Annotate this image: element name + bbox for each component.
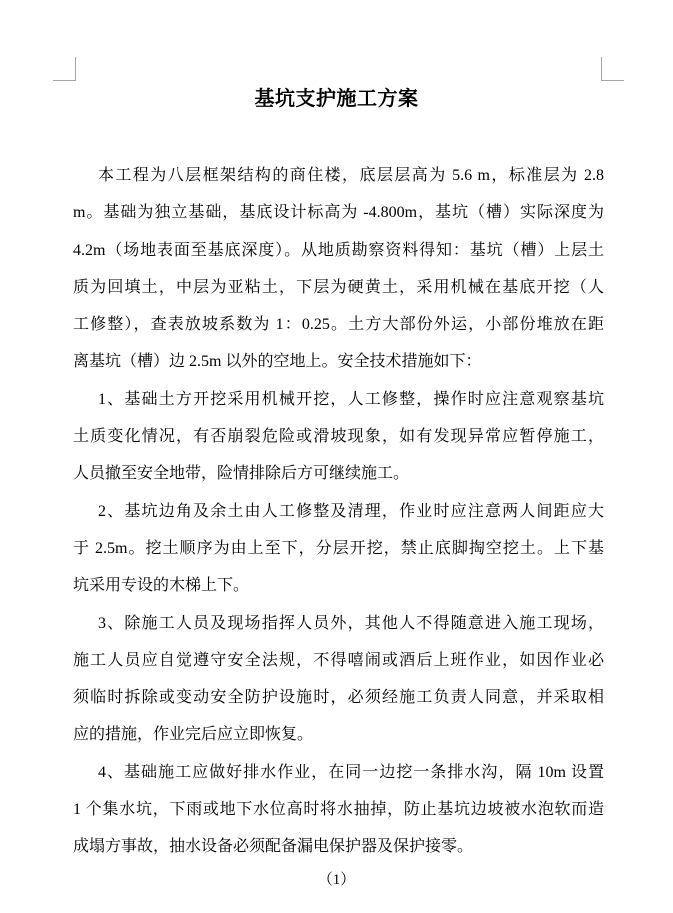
text-line: 工修整），查表放坡系数为 1：0.25。土方大部份外运，小部份堆放在距 (73, 306, 604, 343)
page-number: （1） (0, 866, 673, 894)
paragraph: 1、基础土方开挖采用机械开挖，人工修整，操作时应注意观察基坑土质变化情况，有否崩… (73, 381, 604, 493)
paragraph: 4、基础施工应做好排水作业，在同一边挖一条排水沟，隔 10m 设置1 个集水坑，… (73, 754, 604, 866)
paragraph: 本工程为八层框架结构的商住楼，底层层高为 5.6 m，标准层为 2.8m。基础为… (73, 157, 604, 381)
paragraph: 2、基坑边角及余土由人工修整及清理，作业时应注意两人间距应大于 2.5m。挖土顺… (73, 493, 604, 605)
text-line: m。基础为独立基础，基底设计标高为 -4.800m，基坑（槽）实际深度为 (73, 194, 604, 231)
text-line: 土质变化情况，有否崩裂危险或滑坡现象，如有发现异常应暂停施工， (73, 418, 604, 455)
text-line: 施工人员应自觉遵守安全法规，不得嘻闹或酒后上班作业，如因作业必 (73, 642, 604, 679)
document-page: 基坑支护施工方案 本工程为八层框架结构的商住楼，底层层高为 5.6 m，标准层为… (0, 0, 673, 913)
margin-crop-mark-top-right (601, 57, 624, 81)
text-line: 4、基础施工应做好排水作业，在同一边挖一条排水沟，隔 10m 设置 (73, 754, 604, 791)
text-line: 本工程为八层框架结构的商住楼，底层层高为 5.6 m，标准层为 2.8 (73, 157, 604, 194)
paragraph: 3、除施工人员及现场指挥人员外，其他人不得随意进入施工现场，施工人员应自觉遵守安… (73, 605, 604, 754)
text-line: 3、除施工人员及现场指挥人员外，其他人不得随意进入施工现场， (73, 605, 604, 642)
text-line: 4.2m（场地表面至基底深度）。从地质勘察资料得知：基坑（槽）上层土 (73, 232, 604, 269)
text-line: 1 个集水坑，下雨或地下水位高时将水抽掉，防止基坑边坡被水泡软而造 (73, 791, 604, 828)
text-line: 质为回填土，中层为亚粘土，下层为硬黄土，采用机械在基底开挖（人 (73, 269, 604, 306)
margin-crop-mark-top-left (53, 57, 76, 81)
text-line: 离基坑（槽）边 2.5m 以外的空地上。安全技术措施如下： (73, 343, 604, 380)
text-line: 2、基坑边角及余土由人工修整及清理，作业时应注意两人间距应大 (73, 493, 604, 530)
text-line: 人员撤至安全地带，险情排除后方可继续施工。 (73, 455, 604, 492)
text-line: 应的措施，作业完后应立即恢复。 (73, 716, 604, 753)
document-body: 本工程为八层框架结构的商住楼，底层层高为 5.6 m，标准层为 2.8m。基础为… (73, 157, 604, 866)
text-line: 须临时拆除或变动安全防护设施时，必须经施工负责人同意，并采取相 (73, 679, 604, 716)
document-title: 基坑支护施工方案 (0, 82, 673, 111)
text-line: 于 2.5m。挖土顺序为由上至下，分层开挖，禁止底脚掏空挖土。上下基 (73, 530, 604, 567)
text-line: 坑采用专设的木梯上下。 (73, 567, 604, 604)
text-line: 1、基础土方开挖采用机械开挖，人工修整，操作时应注意观察基坑 (73, 381, 604, 418)
text-line: 成塌方事故，抽水设备必须配备漏电保护器及保护接零。 (73, 828, 604, 865)
